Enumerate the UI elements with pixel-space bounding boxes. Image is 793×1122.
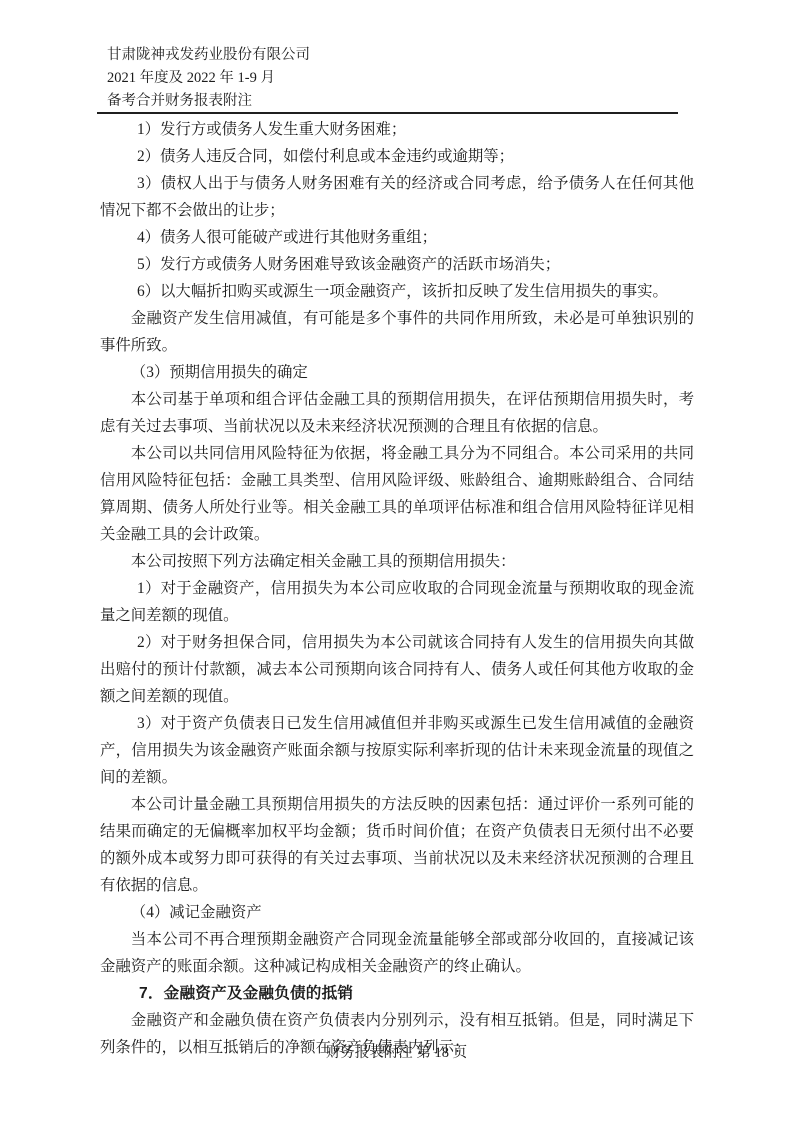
paragraph-impairment-note: 金融资产发生信用减值，有可能是多个事件的共同作用所致，未必是可单独识别的事件所致… — [100, 305, 694, 359]
paragraph-ecl-basis: 本公司基于单项和组合评估金融工具的预期信用损失，在评估预期信用损失时，考虑有关过… — [100, 386, 694, 440]
paragraph-impairment-item-2: 2）债务人违反合同，如偿付利息或本金违约或逾期等； — [100, 143, 694, 170]
paragraph-ecl-factors: 本公司计量金融工具预期信用损失的方法反映的因素包括：通过评价一系列可能的结果而确… — [100, 791, 694, 899]
page-header: 甘肃陇神戎发药业股份有限公司 2021 年度及 2022 年 1-9 月 备考合… — [107, 44, 310, 113]
paragraph-impairment-item-3: 3）债权人出于与债务人财务困难有关的经济或合同考虑，给予债务人在任何其他情况下都… — [100, 170, 694, 224]
paragraph-ecl-method-3: 3）对于资产负债表日已发生信用减值但并非购买或源生已发生信用减值的金融资产，信用… — [100, 710, 694, 791]
page-footer: 财务报表附注 第 18 页 — [0, 1041, 793, 1062]
paragraph-impairment-item-4: 4）债务人很可能破产或进行其他财务重组； — [100, 224, 694, 251]
footer-page-label: 财务报表附注 第 18 页 — [326, 1045, 467, 1061]
subheading-writeoff: （4）减记金融资产 — [100, 899, 694, 926]
header-doc-title: 备考合并财务报表附注 — [107, 90, 310, 113]
paragraph-writeoff-detail: 当本公司不再合理预期金融资产合同现金流量能够全部或部分收回的，直接减记该金融资产… — [100, 926, 694, 980]
header-company-name: 甘肃陇神戎发药业股份有限公司 — [107, 44, 310, 67]
header-divider-rule — [97, 112, 678, 114]
document-body: 1）发行方或债务人发生重大财务困难； 2）债务人违反合同，如偿付利息或本金违约或… — [100, 116, 694, 1061]
header-report-period: 2021 年度及 2022 年 1-9 月 — [107, 67, 310, 90]
paragraph-impairment-item-5: 5）发行方或债务人财务困难导致该金融资产的活跃市场消失； — [100, 251, 694, 278]
paragraph-ecl-method-1: 1）对于金融资产，信用损失为本公司应收取的合同现金流量与预期收取的现金流量之间差… — [100, 575, 694, 629]
paragraph-ecl-method-2: 2）对于财务担保合同，信用损失为本公司就该合同持有人发生的信用损失向其做出赔付的… — [100, 629, 694, 710]
document-page: 甘肃陇神戎发药业股份有限公司 2021 年度及 2022 年 1-9 月 备考合… — [0, 0, 793, 1122]
paragraph-impairment-item-1: 1）发行方或债务人发生重大财务困难； — [100, 116, 694, 143]
paragraph-ecl-grouping: 本公司以共同信用风险特征为依据，将金融工具分为不同组合。本公司采用的共同信用风险… — [100, 440, 694, 548]
section-heading-offsetting: 7．金融资产及金融负债的抵销 — [100, 980, 694, 1007]
subheading-expected-credit-loss: （3）预期信用损失的确定 — [100, 359, 694, 386]
paragraph-impairment-item-6: 6）以大幅折扣购买或源生一项金融资产，该折扣反映了发生信用损失的事实。 — [100, 278, 694, 305]
paragraph-ecl-methods-intro: 本公司按照下列方法确定相关金融工具的预期信用损失： — [100, 548, 694, 575]
